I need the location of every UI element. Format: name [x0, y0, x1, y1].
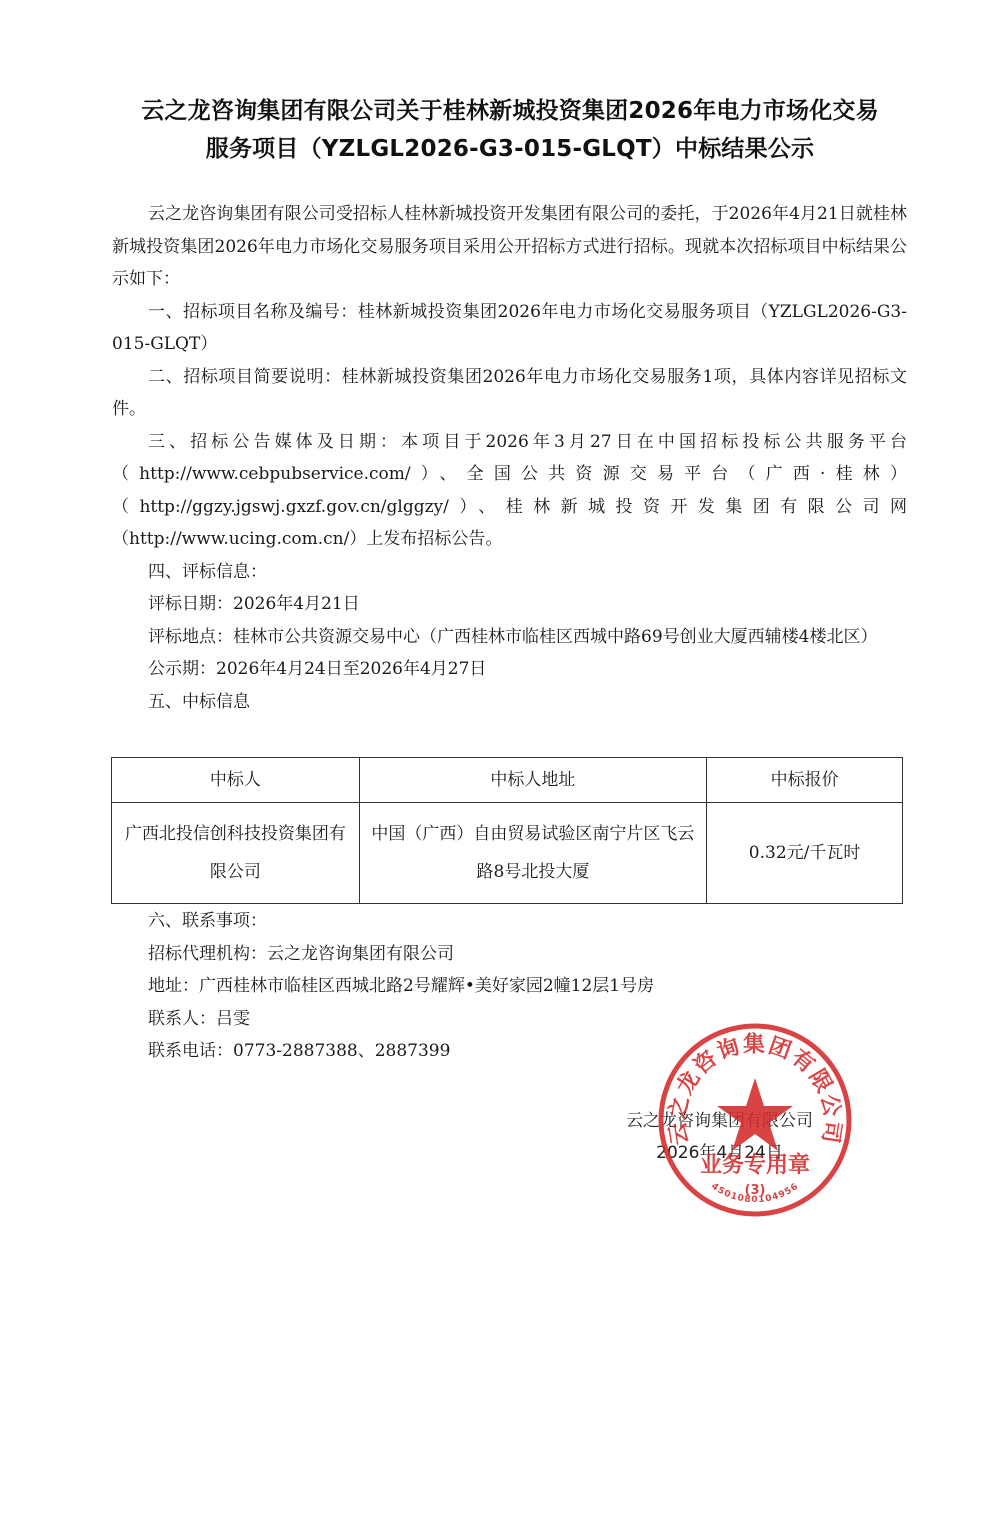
contact-address: 地址：广西桂林市临桂区西城北路2号耀辉•美好家园2幢12层1号房	[112, 970, 907, 1003]
header-winner: 中标人	[112, 758, 360, 803]
section-announcement-media: 三、招标公告媒体及日期：本项目于2026年3月27日在中国招标投标公共服务平台（…	[112, 426, 907, 556]
document-page: 云之龙咨询集团有限公司关于桂林新城投资集团2026年电力市场化交易 服务项目（Y…	[0, 0, 1000, 1521]
header-bid-price: 中标报价	[707, 758, 903, 803]
table-row: 广西北投信创科技投资集团有限公司 中国（广西）自由贸易试验区南宁片区飞云路8号北…	[112, 803, 903, 904]
section-winning-heading: 五、中标信息	[112, 686, 907, 719]
evaluation-location: 评标地点：桂林市公共资源交易中心（广西桂林市临桂区西城中路69号创业大厦西辅楼4…	[112, 621, 907, 654]
section-project-name: 一、招标项目名称及编号：桂林新城投资集团2026年电力市场化交易服务项目（YZL…	[112, 296, 907, 361]
contact-agency: 招标代理机构：云之龙咨询集团有限公司	[112, 938, 907, 971]
cell-winner: 广西北投信创科技投资集团有限公司	[112, 803, 360, 904]
publicity-period: 公示期：2026年4月24日至2026年4月27日	[112, 653, 907, 686]
title-line-2: 服务项目（YZLGL2026-G3-015-GLQT）中标结果公示	[100, 130, 920, 168]
table-header-row: 中标人 中标人地址 中标报价	[112, 758, 903, 803]
document-body: 云之龙咨询集团有限公司受招标人桂林新城投资开发集团有限公司的委托，于2026年4…	[112, 198, 907, 718]
company-seal-icon: 云之龙咨询集团有限公司 业务专用章 (3) 4501080104956	[655, 1020, 855, 1220]
section-contact-heading: 六、联系事项：	[112, 905, 907, 938]
title-line-1: 云之龙咨询集团有限公司关于桂林新城投资集团2026年电力市场化交易	[100, 92, 920, 130]
seal-center-text: 业务专用章	[700, 1152, 810, 1178]
document-title: 云之龙咨询集团有限公司关于桂林新城投资集团2026年电力市场化交易 服务项目（Y…	[100, 92, 920, 168]
evaluation-date: 评标日期：2026年4月21日	[112, 588, 907, 621]
header-winner-address: 中标人地址	[359, 758, 707, 803]
section-project-description: 二、招标项目简要说明：桂林新城投资集团2026年电力市场化交易服务1项，具体内容…	[112, 361, 907, 426]
cell-bid-price: 0.32元/千瓦时	[707, 803, 903, 904]
cell-winner-address: 中国（广西）自由贸易试验区南宁片区飞云路8号北投大厦	[359, 803, 707, 904]
intro-paragraph: 云之龙咨询集团有限公司受招标人桂林新城投资开发集团有限公司的委托，于2026年4…	[112, 198, 907, 296]
section-evaluation-heading: 四、评标信息：	[112, 556, 907, 589]
winning-bid-table: 中标人 中标人地址 中标报价 广西北投信创科技投资集团有限公司 中国（广西）自由…	[111, 757, 903, 904]
